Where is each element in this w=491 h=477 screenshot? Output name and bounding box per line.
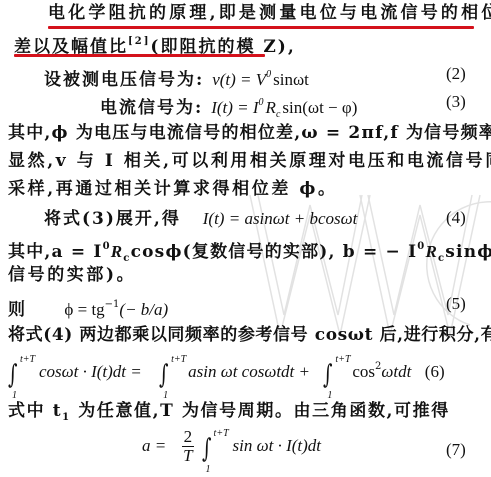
p3-sub: c: [123, 253, 130, 264]
eq3-lhs: I(t) = I: [211, 98, 258, 117]
equation-4: 将式(3)展开,得 I(t) = asinωt + bcosωt: [44, 208, 357, 230]
paragraph-4-line-1: 将式(4) 两边都乘以同频率的参考信号 cosωt 后,进行积分,有: [8, 324, 491, 346]
eq7-fraction: 2 T: [182, 428, 195, 465]
eq6-number: (6): [425, 362, 445, 381]
eq4-expr: I(t) = asinωt + bcosωt: [203, 209, 358, 228]
equation-2: 设被测电压信号为: v(t) = V0sinωt: [44, 64, 309, 91]
eq3-number: (3): [446, 92, 466, 112]
integral-sign: ∫: [8, 364, 17, 386]
paragraph-5-line-1: 式中 t1 为任意值,T 为信号周期。由三角函数,可推得: [8, 400, 450, 429]
equation-6: ∫ t+T 1 cosωt · I(t)dt = ∫ t+T 1 asin ωt…: [6, 356, 445, 392]
p3-e: sinϕ(复数: [445, 242, 491, 262]
p3-sup: 0: [103, 241, 111, 252]
eq7-lhs: a =: [142, 436, 166, 455]
eq4-label: 将式(3)展开,得: [44, 209, 181, 229]
paragraph-2-line-1: 其中,ϕ 为电压与电流信号的相位差,ω = 2πf,f 为信号频率。: [8, 122, 491, 144]
eq6-term1: cosωt · I(t)dt =: [39, 362, 142, 381]
red-underline-1: [48, 26, 474, 29]
paragraph-2-line-2: 显然,v 与 I 相关,可以利用相关原理对电压和电流信号同步: [8, 150, 491, 172]
p5-b: 为任意值,T 为信号周期。由三角函数,可推得: [71, 401, 450, 421]
eq2-rhs: sinωt: [273, 70, 309, 89]
eq6-term2: asin ωt cosωtdt +: [188, 362, 310, 381]
red-underline-2: [14, 54, 265, 57]
eq7-upper: t+T: [214, 423, 229, 445]
eq2-number: (2): [446, 64, 466, 84]
equation-3: 电流信号为: I(t) = I0Rcsin(ωt − φ): [100, 92, 357, 126]
paragraph-3-line-2: 信号的实部)。: [8, 264, 136, 286]
eq3-sup: 0: [259, 97, 266, 108]
eq3-label: 电流信号为:: [100, 98, 203, 118]
integral-sign: ∫: [159, 364, 168, 386]
eq7-lower: 1: [206, 459, 211, 477]
eq7-num: 2: [182, 428, 195, 447]
eq3-rhs: sin(ωt − φ): [282, 98, 357, 117]
eq5-expr-b: (− b/a): [119, 300, 168, 319]
eq3-r: R: [266, 98, 276, 117]
eq7-body: sin ωt · I(t)dt: [233, 436, 322, 455]
eq7-den: T: [182, 447, 195, 465]
eq2-lhs: v(t) = V: [212, 70, 266, 89]
p5-sub: 1: [62, 412, 71, 423]
eq6-term3-a: cos: [352, 362, 375, 381]
p5-a: 式中 t: [8, 401, 62, 421]
p3-d: R: [425, 242, 438, 261]
p3-b: R: [111, 242, 124, 261]
eq2-label: 设被测电压信号为:: [44, 70, 204, 90]
eq4-number: (4): [446, 208, 466, 228]
eq6-upper-2: t+T: [171, 349, 186, 371]
equation-5: 则 ϕ = tg−1(− b/a): [8, 294, 168, 321]
paragraph-1-line-1: 电化学阻抗的原理,即是测量电位与电流信号的相位: [48, 2, 491, 24]
eq5-label: 则: [8, 300, 25, 320]
citation-ref: [2]: [128, 36, 150, 47]
integral-sign: ∫: [323, 364, 332, 386]
paragraph-2-line-3: 采样,再通过相关计算求得相位差 ϕ。: [8, 178, 338, 200]
eq6-term3-b: ωtdt: [381, 362, 411, 381]
equation-7: a = 2 T ∫ t+T 1 sin ωt · I(t)dt: [142, 428, 321, 474]
eq7-number: (7): [446, 440, 466, 460]
eq6-upper-1: t+T: [20, 349, 35, 371]
p3-a: 其中,a = I: [8, 242, 103, 262]
eq5-number: (5): [446, 294, 466, 314]
eq5-expr-a: ϕ = tg: [64, 300, 104, 319]
integral-sign: ∫: [202, 438, 211, 460]
eq6-upper-3: t+T: [335, 349, 350, 371]
eq5-sup: −1: [105, 299, 120, 310]
p3-c: cosϕ(复数信号的实部), b = − I: [131, 242, 418, 262]
